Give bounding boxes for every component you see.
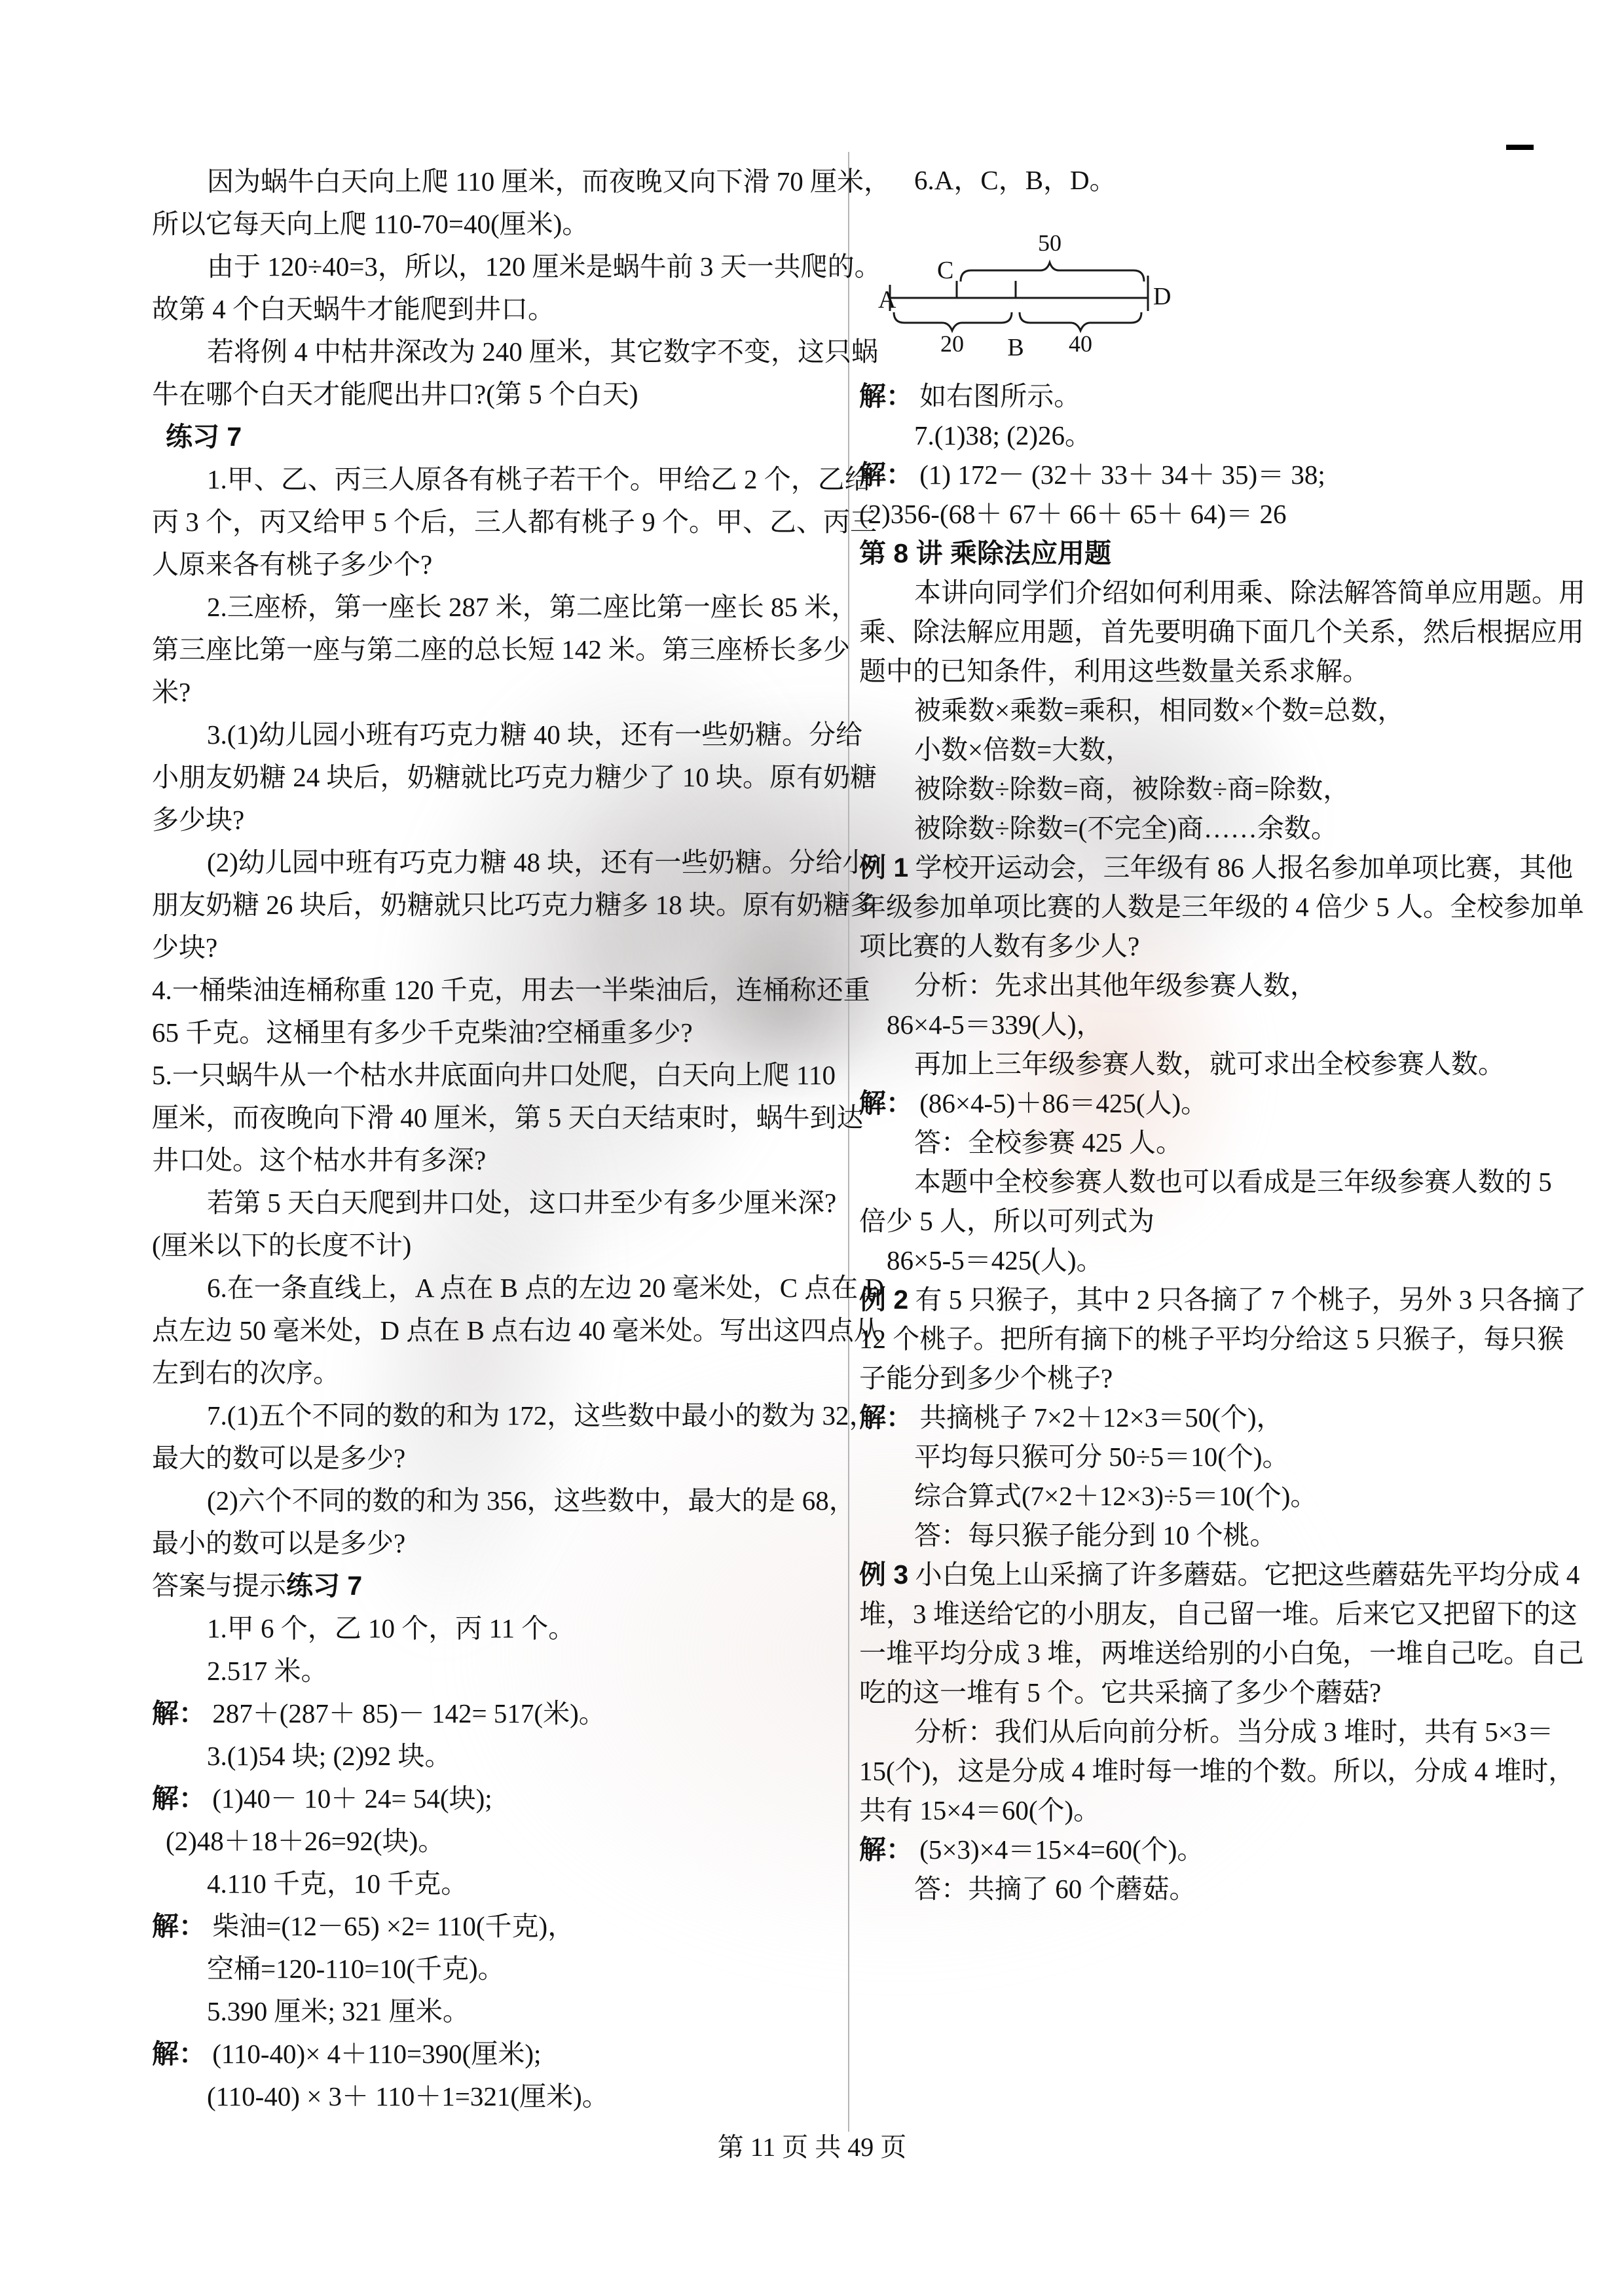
text-line: 解： (1)40－ 10＋ 24= 54(块); [152,1777,819,1820]
text-line: 由于 120÷40=3，所以，120 厘米是蜗牛前 3 天一共爬的。 [152,246,819,288]
bold-text-segment: 解： [152,1911,206,1941]
bottom-right-brace [1020,312,1141,331]
bold-text-segment: 第 8 讲 乘除法应用题 [859,538,1111,568]
text-segment: 丙 3 个，丙又给甲 5 个后，三人都有桃子 9 个。甲、乙、丙三 [152,507,877,537]
text-segment: 被除数÷除数=(不完全)商……余数。 [914,813,1338,843]
label-bottom-left-value: 20 [940,331,964,357]
bold-text-segment: 解： [859,460,913,490]
text-line: 例 1 学校开运动会，三年级有 86 人报名参加单项比赛，其他 [859,848,1540,887]
text-segment: 5.一只蜗牛从一个枯水井底面向井口处爬，白天向上爬 110 [152,1060,836,1090]
text-line: 被乘数×乘数=乘积，相同数×个数=总数， [859,691,1540,730]
text-line: 综合算式(7×2＋12×3)÷5＝10(个)。 [859,1476,1540,1516]
label-bottom-right-value: 40 [1069,331,1092,357]
text-segment: 被除数÷除数=商，被除数÷商=除数， [914,774,1350,804]
right-column: 6.A，C，B，D。 A C D 50 20 B [859,160,1540,1908]
text-segment: 朋友奶糖 26 块后，奶糖就只比巧克力糖多 18 块。原有奶糖多 [152,890,877,920]
top-brace [961,263,1144,282]
text-segment: 厘米，而夜晚向下滑 40 厘米，第 5 天白天结束时，蜗牛到达 [152,1102,864,1133]
text-line: 解： 如右图所示。 [859,376,1540,416]
text-line: 7.(1)五个不同的数的和为 172，这些数中最小的数为 32， [152,1394,819,1437]
bold-text-segment: 例 3 [859,1559,908,1590]
text-segment: 井口处。这个枯水井有多深? [152,1145,486,1175]
right-column-bottom-lines: 解： 如右图所示。7.(1)38; (2)26。解： (1) 172－ (32＋… [859,376,1540,1908]
document-page: 因为蜗牛白天向上爬 110 厘米，而夜晚又向下滑 70 厘米，所以它每天向上爬 … [0,0,1624,2296]
text-line: 例 2 有 5 只猴子，其中 2 只各摘了 7 个桃子，另外 3 只各摘了 [859,1280,1540,1319]
text-line: 86×4-5＝339(人)， [859,1005,1540,1044]
label-b: B [1007,334,1024,358]
text-line: 牛在哪个白天才能爬出井口?(第 5 个白天) [152,373,819,416]
text-segment: (2)356-(68＋ 67＋ 66＋ 65＋ 64)＝ 26 [859,499,1287,529]
text-line: 乘、除法解应用题，首先要明确下面几个关系，然后根据应用 [859,612,1540,651]
text-line: 第 8 讲 乘除法应用题 [859,534,1540,573]
text-segment: 15(个)，这是分成 4 堆时每一堆的个数。所以，分成 4 堆时， [859,1756,1575,1786]
bold-text-segment: 解： [152,2039,206,2069]
text-segment: 3.(1)幼儿园小班有巧克力糖 40 块，还有一些奶糖。分给 [207,720,862,750]
bold-text-segment: 解： [859,1088,913,1118]
text-line: 1.甲 6 个，乙 10 个，丙 11 个。 [152,1607,819,1650]
text-segment: 空桶=120-110=10(千克)。 [207,1954,505,1984]
text-segment: 287＋(287＋ 85)－ 142= 517(米)。 [206,1698,606,1728]
text-segment: 所以它每天向上爬 110-70=40(厘米)。 [152,209,589,239]
text-line: 分析：我们从后向前分析。当分成 3 堆时，共有 5×3＝ [859,1712,1540,1751]
number-line-diagram: A C D 50 20 B 40 [875,213,1176,358]
segment-diagram-svg: A C D 50 20 B 40 [875,213,1176,358]
text-line: (2)48＋18＋26=92(块)。 [152,1820,819,1863]
text-line: 2.三座桥，第一座长 287 米，第二座比第一座长 85 米， [152,586,819,629]
text-line: 米? [152,671,819,714]
text-line: 被除数÷除数=(不完全)商……余数。 [859,809,1540,848]
page-number-footer: 第 11 页 共 49 页 [0,2126,1624,2164]
text-line: 65 千克。这桶里有多少千克柴油?空桶重多少? [152,1011,819,1054]
text-line: 厘米，而夜晚向下滑 40 厘米，第 5 天白天结束时，蜗牛到达 [152,1097,819,1139]
bold-text-segment: 例 1 [859,852,908,883]
header-dash-mark [1506,145,1534,150]
text-segment: 故第 4 个白天蜗牛才能爬到井口。 [152,294,555,324]
text-segment: 如右图所示。 [913,381,1080,411]
text-line: 被除数÷除数=商，被除数÷商=除数， [859,769,1540,809]
text-segment: 左到右的次序。 [152,1358,340,1388]
text-segment: 5.390 厘米; 321 厘米。 [207,1996,470,2026]
text-line: 所以它每天向上爬 110-70=40(厘米)。 [152,203,819,246]
text-line: 人原来各有桃子多少个? [152,543,819,586]
bold-text-segment: 练习 7 [286,1571,362,1601]
text-line: 答：每只猴子能分到 10 个桃。 [859,1516,1540,1555]
text-line: 解： (1) 172－ (32＋ 33＋ 34＋ 35)＝ 38; [859,455,1540,494]
text-segment: 2.三座桥，第一座长 287 米，第二座比第一座长 85 米， [207,592,858,622]
text-segment: (110-40) × 3＋ 110＋1=321(厘米)。 [207,2081,609,2111]
text-line: 解： 柴油=(12－65) ×2= 110(千克)， [152,1905,819,1948]
text-segment: 牛在哪个白天才能爬出井口?(第 5 个白天) [152,379,638,409]
text-line: 多少块? [152,799,819,841]
text-segment: 多少块? [152,805,244,835]
text-segment: 分析：我们从后向前分析。当分成 3 堆时，共有 5×3＝ [914,1717,1553,1747]
text-segment: 1.甲 6 个，乙 10 个，丙 11 个。 [207,1613,575,1643]
text-segment: 共摘桃子 7×2＋12×3＝50(个)， [913,1402,1283,1432]
text-line: 15(个)，这是分成 4 堆时每一堆的个数。所以，分成 4 堆时， [859,1751,1540,1791]
text-segment: 答案与提示 [152,1571,286,1601]
text-line: 6.在一条直线上，A 点在 B 点的左边 20 毫米处，C 点在 D [152,1267,819,1309]
text-segment: 若第 5 天白天爬到井口处，这口井至少有多少厘米深? [207,1188,836,1218]
text-segment: 一堆平均分成 3 堆，两堆送给别的小白兔，一堆自己吃。自己 [859,1638,1584,1668]
text-line: 解： (86×4-5)＋86＝425(人)。 [859,1084,1540,1123]
text-line: 左到右的次序。 [152,1352,819,1394]
text-segment: 被乘数×乘数=乘积，相同数×个数=总数， [914,695,1405,725]
bold-text-segment: 解： [859,1402,913,1432]
text-line: 例 3 小白兔上山采摘了许多蘑菇。它把这些蘑菇先平均分成 4 [859,1555,1540,1594]
text-line: 题中的已知条件，利用这些数量关系求解。 [859,651,1540,691]
text-segment: (厘米以下的长度不计) [152,1230,411,1260]
text-segment: 少块? [152,932,217,962]
text-line: 答：共摘了 60 个蘑菇。 [859,1869,1540,1908]
text-line: 年级参加单项比赛的人数是三年级的 4 倍少 5 人。全校参加单 [859,887,1540,926]
text-segment: 年级参加单项比赛的人数是三年级的 4 倍少 5 人。全校参加单 [859,892,1584,922]
text-line: 2.517 米。 [152,1650,819,1692]
text-line: (厘米以下的长度不计) [152,1224,819,1267]
text-line: 共有 15×4＝60(个)。 [859,1791,1540,1830]
text-segment: 12 个桃子。把所有摘下的桃子平均分给这 5 只猴子，每只猴 [859,1324,1564,1354]
text-segment: 本题中全校参赛人数也可以看成是三年级参赛人数的 5 [914,1167,1552,1197]
text-line: 因为蜗牛白天向上爬 110 厘米，而夜晚又向下滑 70 厘米， [152,160,819,203]
text-line: 点左边 50 毫米处，D 点在 B 点右边 40 毫米处。写出这四点从 [152,1309,819,1352]
text-line: 本题中全校参赛人数也可以看成是三年级参赛人数的 5 [859,1162,1540,1201]
text-segment: 6.在一条直线上，A 点在 B 点的左边 20 毫米处，C 点在 D [207,1273,884,1303]
text-segment: (86×4-5)＋86＝425(人)。 [913,1088,1208,1118]
text-segment: 答：共摘了 60 个蘑菇。 [914,1874,1196,1904]
text-line: 解： 287＋(287＋ 85)－ 142= 517(米)。 [152,1692,819,1735]
text-line: 解： 共摘桃子 7×2＋12×3＝50(个)， [859,1398,1540,1437]
text-line: 丙 3 个，丙又给甲 5 个后，三人都有桃子 9 个。甲、乙、丙三 [152,501,819,543]
text-segment: (1)40－ 10＋ 24= 54(块); [206,1783,492,1813]
text-line: 小数×倍数=大数， [859,730,1540,769]
text-segment: 本讲向同学们介绍如何利用乘、除法解答简单应用题。用 [914,577,1585,608]
text-segment: 共有 15×4＝60(个)。 [859,1795,1100,1825]
text-line: 子能分到多少个桃子? [859,1358,1540,1398]
text-segment: 4.一桶柴油连桶称重 120 千克，用去一半柴油后，连桶称还重 [152,975,870,1005]
text-line: (2)356-(68＋ 67＋ 66＋ 65＋ 64)＝ 26 [859,494,1540,534]
text-line: 平均每只猴可分 50÷5＝10(个)。 [859,1437,1540,1476]
text-line: 倍少 5 人，所以可列式为 [859,1201,1540,1241]
text-line: 井口处。这个枯水井有多深? [152,1139,819,1182]
text-segment: 小白兔上山采摘了许多蘑菇。它把这些蘑菇先平均分成 4 [908,1559,1579,1590]
text-segment: 若将例 4 中枯井深改为 240 厘米，其它数字不变，这只蜗 [207,337,878,367]
text-segment: 吃的这一堆有 5 个。它共采摘了多少个蘑菇? [859,1677,1381,1707]
text-segment: 7.(1)五个不同的数的和为 172，这些数中最小的数为 32， [207,1400,876,1430]
text-segment: 分析：先求出其他年级参赛人数， [914,970,1317,1000]
text-line: (2)六个不同的数的和为 356，这些数中，最大的是 68， [152,1480,819,1522]
label-c: C [937,257,953,284]
text-line: 堆，3 堆送给它的小朋友，自己留一堆。后来它又把留下的这 [859,1594,1540,1633]
text-segment: 项比赛的人数有多少人? [859,931,1139,961]
text-line: 3.(1)幼儿园小班有巧克力糖 40 块，还有一些奶糖。分给 [152,714,819,756]
text-line: 解： (110-40)× 4＋110=390(厘米); [152,2033,819,2075]
text-line: 若第 5 天白天爬到井口处，这口井至少有多少厘米深? [152,1182,819,1224]
bold-text-segment: 练习 7 [166,422,242,452]
text-line: 3.(1)54 块; (2)92 块。 [152,1735,819,1777]
text-segment: 堆，3 堆送给它的小朋友，自己留一堆。后来它又把留下的这 [859,1599,1578,1629]
text-segment: 答：全校参赛 425 人。 [914,1127,1183,1157]
text-segment: 第三座比第一座与第二座的总长短 142 米。第三座桥长多少 [152,634,850,665]
text-segment: 86×4-5＝339(人)， [887,1010,1103,1040]
text-segment: (2)48＋18＋26=92(块)。 [166,1826,445,1856]
text-line: 若将例 4 中枯井深改为 240 厘米，其它数字不变，这只蜗 [152,331,819,373]
text-line: 7.(1)38; (2)26。 [859,416,1540,455]
text-segment: 学校开运动会，三年级有 86 人报名参加单项比赛，其他 [908,852,1573,883]
text-line: 最小的数可以是多少? [152,1522,819,1565]
text-segment: 米? [152,677,191,707]
text-line: (110-40) × 3＋ 110＋1=321(厘米)。 [152,2075,819,2118]
text-segment: 答：每只猴子能分到 10 个桃。 [914,1520,1277,1550]
bold-text-segment: 解： [859,1834,913,1865]
text-segment: 7.(1)38; (2)26。 [914,420,1092,450]
text-line: 再加上三年级参赛人数，就可求出全校参赛人数。 [859,1044,1540,1084]
text-line: 4.110 千克，10 千克。 [152,1863,819,1905]
left-column: 因为蜗牛白天向上爬 110 厘米，而夜晚又向下滑 70 厘米，所以它每天向上爬 … [152,160,819,2118]
text-segment: 再加上三年级参赛人数，就可求出全校参赛人数。 [914,1049,1505,1079]
text-segment: 4.110 千克，10 千克。 [207,1868,468,1899]
text-segment: 6.A，C，B，D。 [914,165,1116,195]
bold-text-segment: 解： [152,1698,206,1728]
text-line: 86×5-5＝425(人)。 [859,1241,1540,1280]
text-segment: 有 5 只猴子，其中 2 只各摘了 7 个桃子，另外 3 只各摘了 [908,1285,1586,1315]
text-line: 本讲向同学们介绍如何利用乘、除法解答简单应用题。用 [859,573,1540,612]
text-line: 项比赛的人数有多少人? [859,926,1540,966]
text-segment: (2)幼儿园中班有巧克力糖 48 块，还有一些奶糖。分给小 [207,847,869,877]
text-segment: 倍少 5 人，所以可列式为 [859,1206,1154,1236]
text-line: 吃的这一堆有 5 个。它共采摘了多少个蘑菇? [859,1673,1540,1712]
text-segment: 2.517 米。 [207,1656,328,1686]
text-line: 第三座比第一座与第二座的总长短 142 米。第三座桥长多少 [152,629,819,671]
label-top-value: 50 [1038,230,1061,256]
text-segment: 子能分到多少个桃子? [859,1363,1113,1393]
text-segment: 小数×倍数=大数， [914,735,1132,765]
text-line: 最大的数可以是多少? [152,1437,819,1480]
text-segment: (1) 172－ (32＋ 33＋ 34＋ 35)＝ 38; [913,460,1325,490]
bottom-left-brace [894,312,1012,331]
text-segment: 86×5-5＝425(人)。 [887,1245,1103,1275]
text-segment: (2)六个不同的数的和为 356，这些数中，最大的是 68， [207,1485,856,1516]
text-segment: 小朋友奶糖 24 块后，奶糖就比巧克力糖少了 10 块。原有奶糖 [152,762,877,792]
text-segment: 1.甲、乙、丙三人原各有桃子若干个。甲给乙 2 个，乙给 [207,464,872,494]
text-line: 12 个桃子。把所有摘下的桃子平均分给这 5 只猴子，每只猴 [859,1319,1540,1358]
text-segment: 综合算式(7×2＋12×3)÷5＝10(个)。 [914,1481,1317,1511]
text-segment: 因为蜗牛白天向上爬 110 厘米，而夜晚又向下滑 70 厘米， [207,166,891,196]
text-segment: 由于 120÷40=3，所以，120 厘米是蜗牛前 3 天一共爬的。 [207,251,881,282]
text-line: 练习 7 [152,416,819,458]
bold-text-segment: 解： [859,381,913,411]
text-line: 朋友奶糖 26 块后，奶糖就只比巧克力糖多 18 块。原有奶糖多 [152,884,819,926]
label-a: A [878,286,896,314]
text-segment: 题中的已知条件，利用这些数量关系求解。 [859,656,1369,686]
bold-text-segment: 解： [152,1783,206,1813]
text-line: 6.A，C，B，D。 [859,160,1540,200]
text-line: 分析：先求出其他年级参赛人数， [859,966,1540,1005]
text-line: 解： (5×3)×4＝15×4=60(个)。 [859,1830,1540,1869]
text-line: (2)幼儿园中班有巧克力糖 48 块，还有一些奶糖。分给小 [152,841,819,884]
text-line: 4.一桶柴油连桶称重 120 千克，用去一半柴油后，连桶称还重 [152,969,819,1011]
text-line: 5.390 厘米; 321 厘米。 [152,1990,819,2033]
text-segment: 最大的数可以是多少? [152,1443,405,1473]
bold-text-segment: 例 2 [859,1285,908,1315]
text-segment: 3.(1)54 块; (2)92 块。 [207,1741,452,1771]
right-column-top-lines: 6.A，C，B，D。 [859,160,1540,200]
text-segment: 柴油=(12－65) ×2= 110(千克)， [206,1911,574,1941]
text-segment: (5×3)×4＝15×4=60(个)。 [913,1834,1204,1865]
text-line: 5.一只蜗牛从一个枯水井底面向井口处爬，白天向上爬 110 [152,1054,819,1097]
text-segment: 最小的数可以是多少? [152,1528,405,1558]
text-segment: 平均每只猴可分 50÷5＝10(个)。 [914,1442,1289,1472]
text-segment: (110-40)× 4＋110=390(厘米); [206,2039,541,2069]
text-line: 一堆平均分成 3 堆，两堆送给别的小白兔，一堆自己吃。自己 [859,1633,1540,1673]
column-divider-line [848,152,849,2132]
text-line: 答：全校参赛 425 人。 [859,1123,1540,1162]
label-d: D [1153,283,1171,310]
text-line: 答案与提示练习 7 [152,1565,819,1607]
text-line: 空桶=120-110=10(千克)。 [152,1948,819,1990]
text-line: 少块? [152,926,819,969]
text-segment: 人原来各有桃子多少个? [152,549,432,579]
text-line: 小朋友奶糖 24 块后，奶糖就比巧克力糖少了 10 块。原有奶糖 [152,756,819,799]
text-segment: 乘、除法解应用题，首先要明确下面几个关系，然后根据应用 [859,617,1584,647]
text-line: 故第 4 个白天蜗牛才能爬到井口。 [152,288,819,331]
text-line: 1.甲、乙、丙三人原各有桃子若干个。甲给乙 2 个，乙给 [152,458,819,501]
text-segment: 点左边 50 毫米处，D 点在 B 点右边 40 毫米处。写出这四点从 [152,1315,881,1345]
text-segment: 65 千克。这桶里有多少千克柴油?空桶重多少? [152,1017,693,1048]
